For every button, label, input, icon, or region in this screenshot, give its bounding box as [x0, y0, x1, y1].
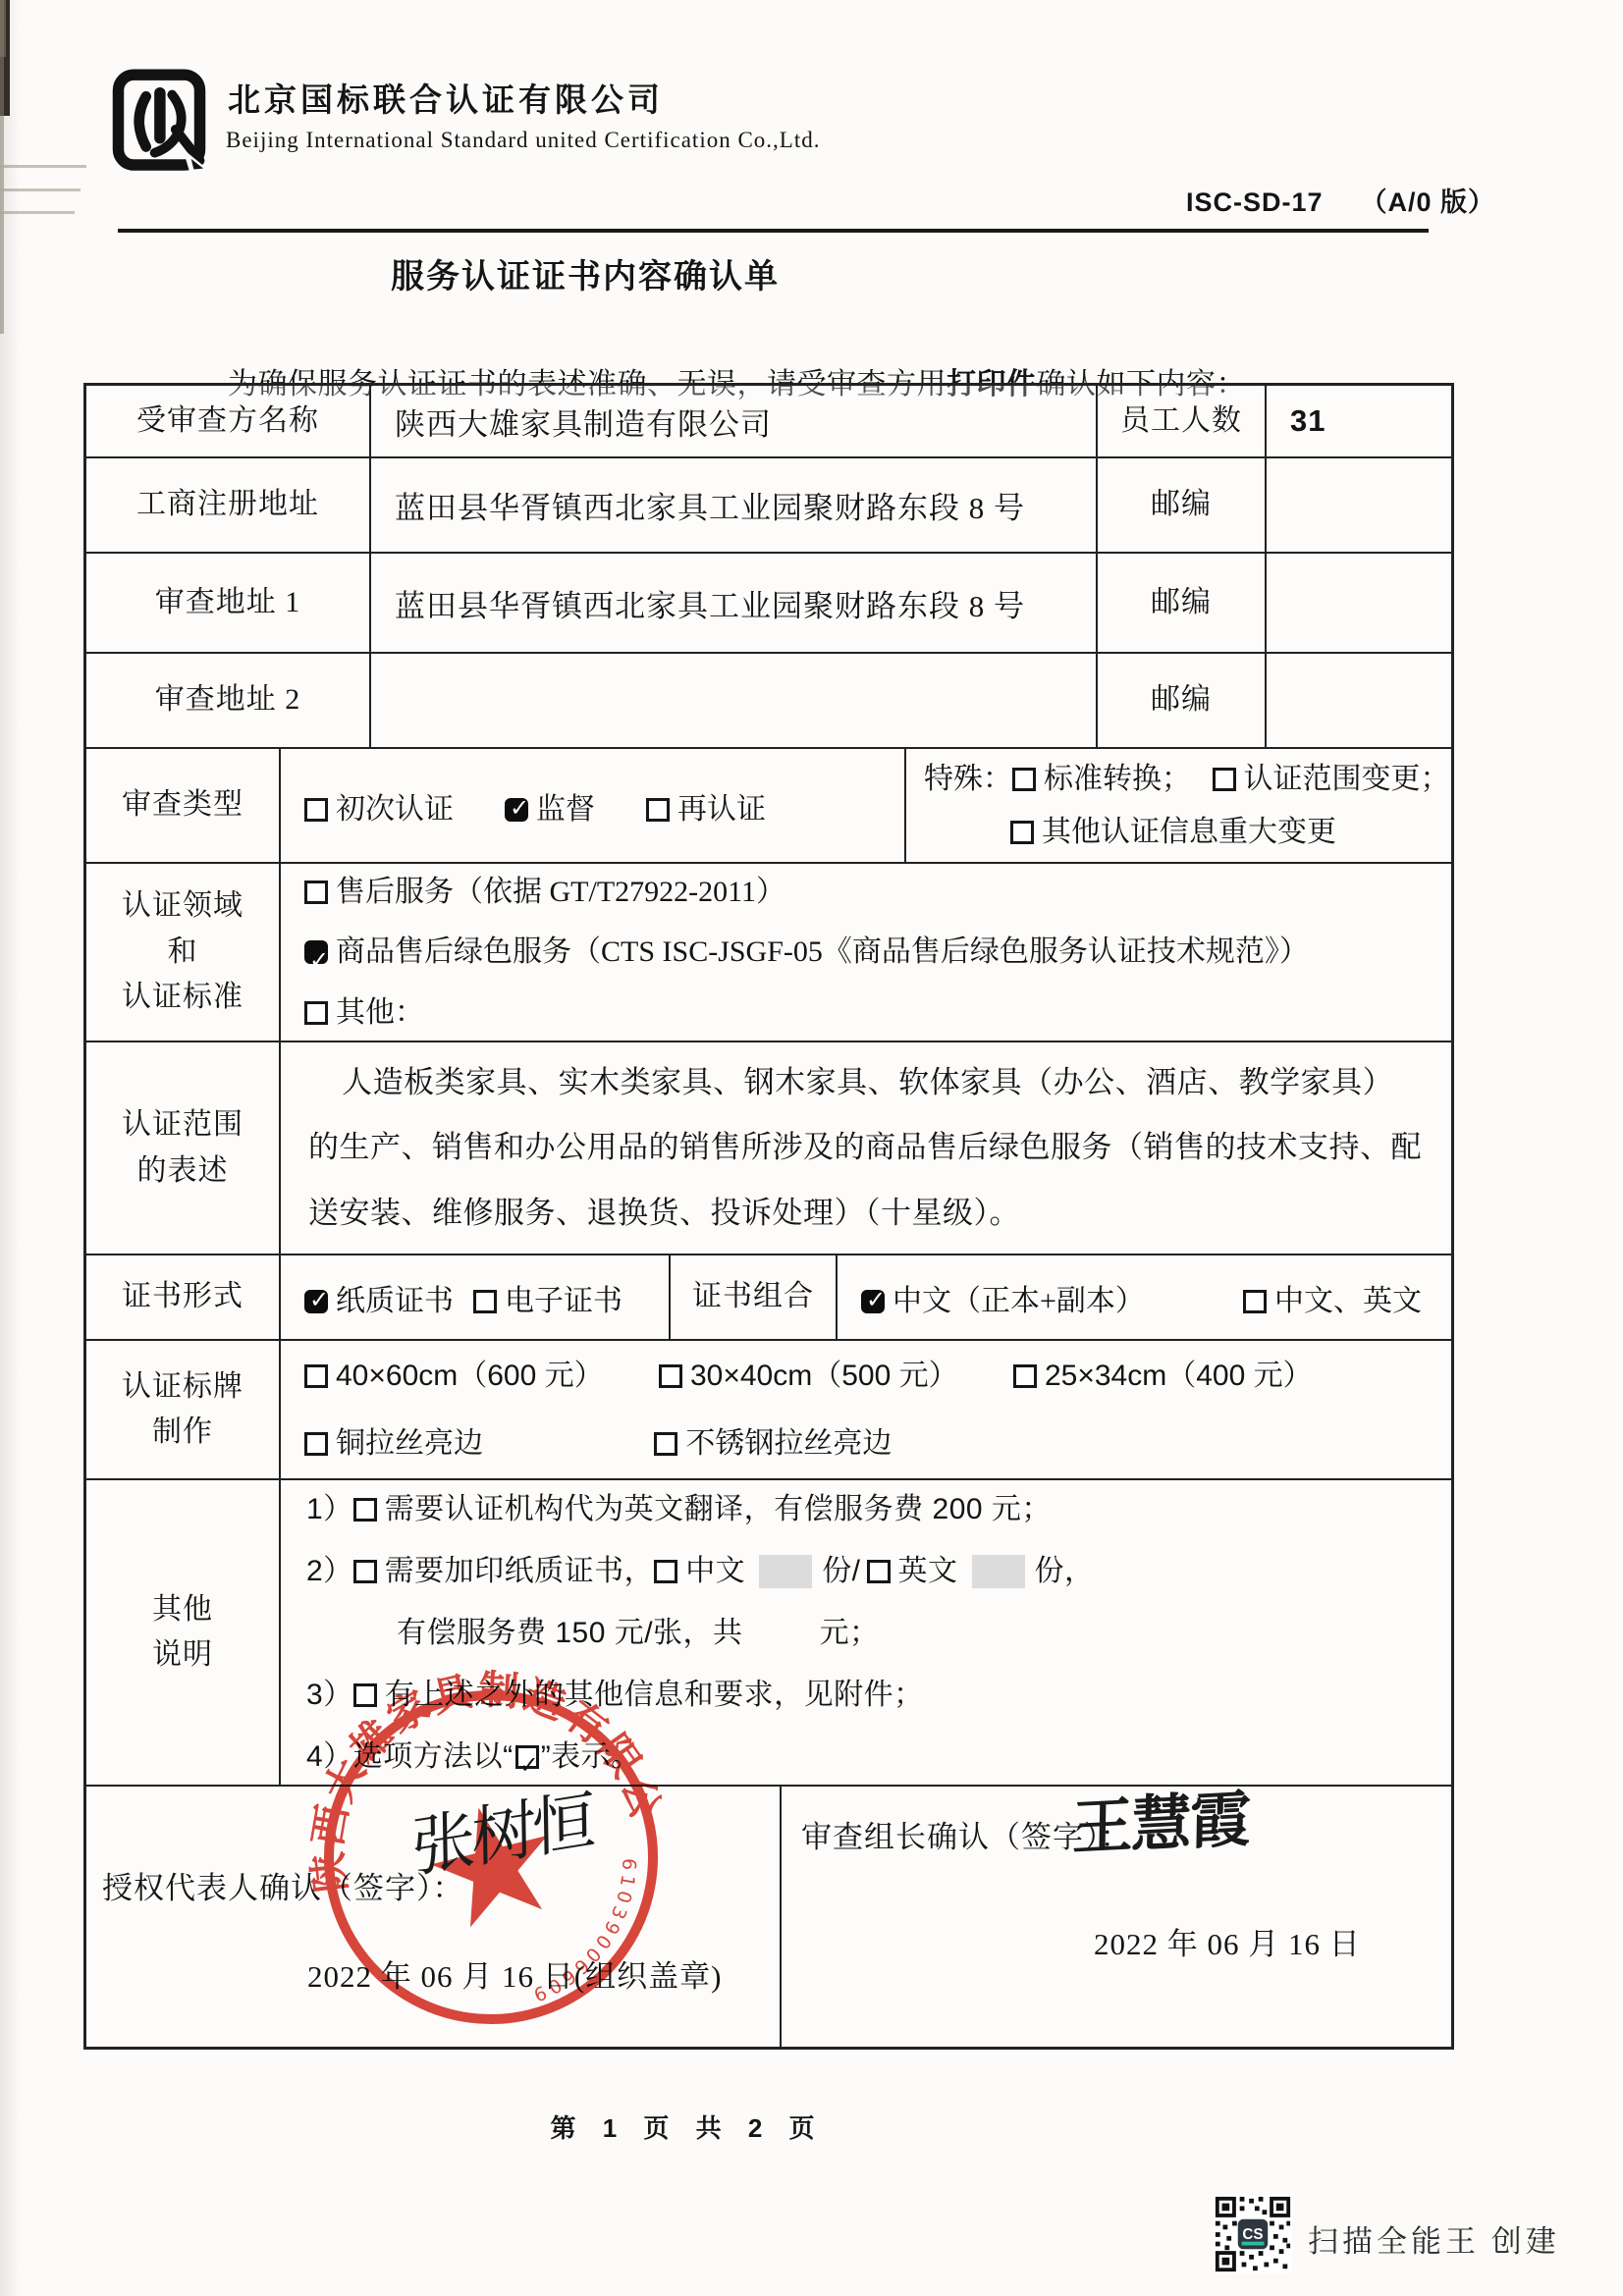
doc-version: （A/0 版） [1361, 187, 1496, 217]
option-stainless-edge: 不锈钢拉丝亮边 [654, 1410, 892, 1477]
checkbox-unchecked-icon [1213, 768, 1236, 791]
value-auditee-name: 陕西大雄家具制造有限公司 [371, 386, 1098, 456]
company-name-cn: 北京国标联合认证有限公司 [228, 75, 664, 121]
audit-leader-date: 2022 年 06 月 16 日 [1094, 1919, 1361, 1963]
scan-app-label: 扫描全能王 创建 [1308, 2216, 1560, 2261]
page-number: 第 1 页 共 2 页 [461, 2109, 913, 2145]
row-plaque: 认证标牌 制作 40×60cm（600 元） 30×40cm（500 元） 25… [86, 1339, 1451, 1478]
special-prefix: 特殊： [924, 763, 1012, 795]
label-registered-address: 工商注册地址 [86, 458, 371, 552]
blank-fill-box [759, 1555, 812, 1588]
checkbox-unchecked-icon [654, 1560, 677, 1583]
header-divider [118, 229, 1429, 233]
row-audit-address-1: 审查地址 1 蓝田县华胥镇西北家具工业园聚财路东段 8 号 邮编 [86, 552, 1451, 652]
blank-fill-box [972, 1555, 1025, 1588]
label-audit-address-2: 审查地址 2 [86, 654, 371, 747]
checkbox-unchecked-icon [1013, 1364, 1037, 1388]
option-paper-cert: 纸质证书 [304, 1276, 454, 1319]
label-auditee-name: 受审查方名称 [86, 386, 371, 456]
company-logo-icon [110, 69, 208, 173]
option-chinese-english: 中文、英文 [1243, 1276, 1422, 1319]
checkbox-unchecked-icon [473, 1290, 497, 1313]
label-postcode: 邮编 [1098, 458, 1267, 552]
scope-text: 人造板类家具、实木类家具、钢木家具、软体家具（办公、酒店、教学家具）的生产、销售… [281, 1033, 1451, 1264]
checkbox-unchecked-icon [1010, 821, 1034, 844]
checkbox-unchecked-icon [1243, 1290, 1267, 1313]
label-cert-combo: 证书组合 [671, 1255, 838, 1339]
scanned-document-page: 北京国标联合认证有限公司 Beijing International Stand… [0, 0, 1623, 2296]
checkbox-unchecked-icon [353, 1560, 377, 1583]
checkbox-unchecked-icon [1012, 768, 1036, 791]
label-cert-domain: 认证领域 和 认证标准 [86, 864, 281, 1041]
cert-form-options: 纸质证书 电子证书 [281, 1255, 671, 1339]
value-registered-address: 蓝田县华胥镇西北家具工业园聚财路东段 8 号 [371, 458, 1098, 552]
checkbox-unchecked-icon [867, 1560, 891, 1583]
option-green-aftersales: 商品售后绿色服务（CTS ISC-JSGF-05《商品售后绿色服务认证技术规范》… [304, 922, 1309, 983]
plaque-size-line: 40×60cm（600 元） 30×40cm（500 元） 25×34cm（40… [304, 1342, 1360, 1410]
scan-edge-artifact [0, 188, 81, 191]
row-audit-type: 审查类型 初次认证 监督 再认证 特殊：标准转换； 认证范围变更； 其他认证信息… [86, 747, 1451, 862]
option-size-30x40: 30×40cm（500 元） [659, 1342, 958, 1410]
value-employee-count: 31 [1267, 386, 1451, 456]
qr-code-icon: CS [1214, 2195, 1292, 2273]
cert-domain-options: 售后服务（依据 GT/T27922-2011） 商品售后绿色服务（CTS ISC… [281, 864, 1451, 1041]
scan-edge-artifact [0, 165, 86, 168]
value-postcode [1267, 554, 1451, 652]
label-cert-form: 证书形式 [86, 1255, 281, 1339]
camscanner-badge-icon: CS [1238, 2219, 1268, 2249]
label-postcode: 邮编 [1098, 654, 1267, 747]
option-size-25x34: 25×34cm（400 元） [1013, 1342, 1313, 1410]
plaque-options: 40×60cm（600 元） 30×40cm（500 元） 25×34cm（40… [281, 1341, 1451, 1478]
note-item-2: 2）需要加印纸质证书，中文份/英文份， [306, 1540, 1095, 1602]
form-title: 服务认证证书内容确认单 [391, 249, 780, 297]
checkbox-checked-icon [505, 798, 528, 822]
row-cert-form: 证书形式 纸质证书 电子证书 证书组合 中文（正本+副本） 中文、英文 [86, 1254, 1451, 1339]
doc-code: ISC-SD-17（A/0 版） [1186, 181, 1495, 219]
checkbox-unchecked-icon [304, 1432, 328, 1456]
special-line-1: 特殊：标准转换； 认证范围变更； [924, 753, 1450, 806]
scan-edge-artifact [0, 211, 75, 214]
svg-text:CS: CS [1242, 2226, 1263, 2243]
checkbox-unchecked-icon [659, 1364, 682, 1388]
label-postcode: 邮编 [1098, 554, 1267, 652]
option-initial-cert: 初次认证 [304, 784, 454, 828]
special-line-2: 其他认证信息重大变更 [924, 806, 1336, 859]
checkbox-unchecked-icon [654, 1432, 677, 1456]
row-other-notes: 其他 说明 1）需要认证机构代为英文翻译，有偿服务费 200 元； 2）需要加印… [86, 1478, 1451, 1785]
company-name-en: Beijing International Standard united Ce… [226, 128, 821, 153]
value-audit-address-1: 蓝田县华胥镇西北家具工业园聚财路东段 8 号 [371, 554, 1098, 652]
option-copper-edge: 铜拉丝亮边 [304, 1410, 646, 1477]
label-plaque: 认证标牌 制作 [86, 1341, 281, 1478]
option-size-40x60: 40×60cm（600 元） [304, 1342, 604, 1410]
checkbox-unchecked-icon [304, 881, 328, 904]
note-item-2-line2: 有偿服务费 150 元/张，共元； [306, 1602, 880, 1664]
option-chinese-copy: 中文（正本+副本） [861, 1276, 1145, 1319]
checkbox-unchecked-icon [646, 798, 670, 822]
option-ecert: 电子证书 [473, 1276, 622, 1319]
checkbox-checked-icon [304, 940, 328, 964]
label-audit-address-1: 审查地址 1 [86, 554, 371, 652]
checkbox-checked-icon [861, 1290, 885, 1313]
option-recert: 再认证 [646, 784, 766, 828]
value-audit-address-2 [371, 654, 1098, 747]
label-employee-count: 员工人数 [1098, 386, 1267, 456]
option-surveillance: 监督 [505, 784, 595, 828]
checkbox-unchecked-icon [353, 1498, 377, 1522]
checkbox-unchecked-icon [304, 1364, 328, 1388]
handwritten-signature-right: 王慧霞 [1071, 1770, 1249, 1867]
row-auditee-name: 受审查方名称 陕西大雄家具制造有限公司 员工人数 31 [86, 386, 1451, 456]
scope-text-cell: 人造板类家具、实木类家具、钢木家具、软体家具（办公、酒店、教学家具）的生产、销售… [281, 1042, 1451, 1254]
checkbox-unchecked-icon [304, 1001, 328, 1025]
option-aftersales-service: 售后服务（依据 GT/T27922-2011） [304, 862, 785, 923]
label-audit-type: 审查类型 [86, 749, 281, 862]
row-cert-domain: 认证领域 和 认证标准 售后服务（依据 GT/T27922-2011） 商品售后… [86, 862, 1451, 1041]
row-audit-address-2: 审查地址 2 邮编 [86, 652, 1451, 747]
row-registered-address: 工商注册地址 蓝田县华胥镇西北家具工业园聚财路东段 8 号 邮编 [86, 456, 1451, 552]
label-scope: 认证范围 的表述 [86, 1042, 281, 1254]
note-item-1: 1）需要认证机构代为英文翻译，有偿服务费 200 元； [306, 1478, 1052, 1540]
plaque-edge-line: 铜拉丝亮边 不锈钢拉丝亮边 [304, 1410, 939, 1477]
label-other-notes: 其他 说明 [86, 1480, 281, 1785]
value-postcode [1267, 654, 1451, 747]
audit-type-special: 特殊：标准转换； 认证范围变更； 其他认证信息重大变更 [906, 749, 1451, 862]
checkbox-checked-icon [304, 1290, 328, 1313]
value-postcode [1267, 458, 1451, 552]
doc-code-number: ISC-SD-17 [1186, 187, 1324, 217]
row-scope: 认证范围 的表述 人造板类家具、实木类家具、钢木家具、软体家具（办公、酒店、教学… [86, 1041, 1451, 1254]
audit-type-options: 初次认证 监督 再认证 [281, 749, 906, 862]
cert-combo-options: 中文（正本+副本） 中文、英文 [838, 1255, 1451, 1339]
checkbox-unchecked-icon [304, 798, 328, 822]
